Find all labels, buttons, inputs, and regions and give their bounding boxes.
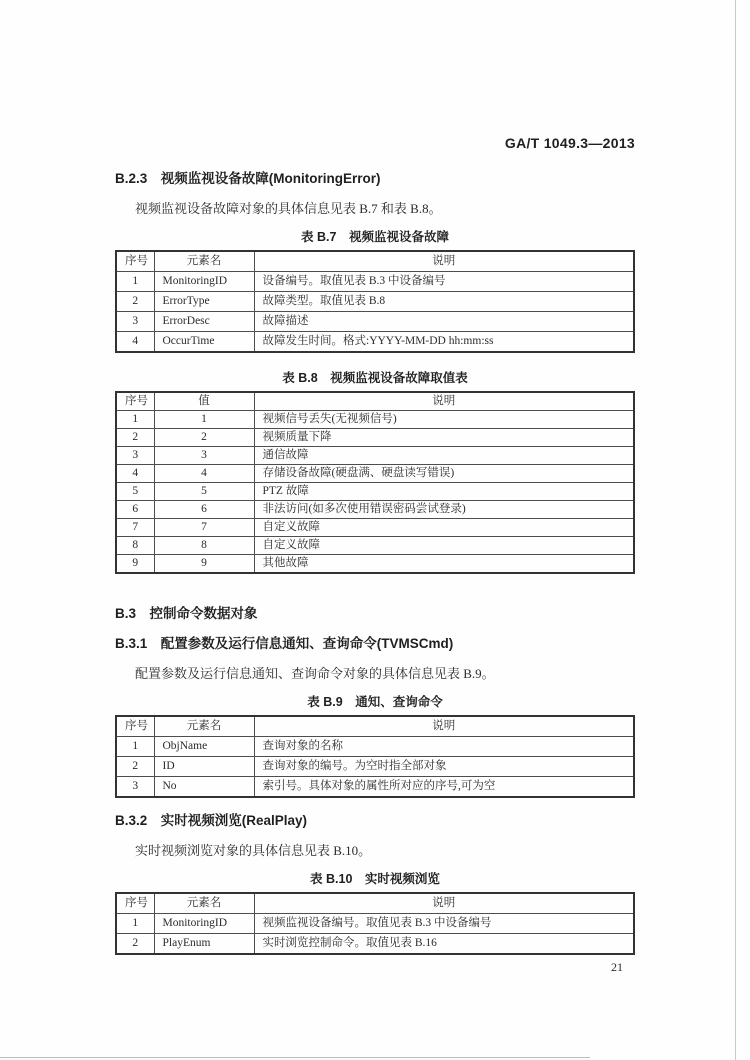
table-row: 4 OccurTime 故障发生时间。格式:YYYY-MM-DD hh:mm:s… (116, 332, 634, 353)
table-header-cell: 序号 (116, 716, 154, 737)
table-cell: 7 (116, 519, 154, 537)
table-row: 2 PlayEnum 实时浏览控制命令。取值见表 B.16 (116, 934, 634, 955)
table-caption-b8: 表 B.8 视频监视设备故障取值表 (115, 370, 635, 386)
table-row: 2 ID 查询对象的编号。为空时指全部对象 (116, 757, 634, 777)
section-intro-b31: 配置参数及运行信息通知、查询命令对象的具体信息见表 B.9。 (115, 666, 635, 682)
table-cell: 4 (116, 465, 154, 483)
table-cell: 5 (154, 483, 254, 501)
table-cell: 故障描述 (254, 312, 634, 332)
table-cell: 9 (116, 555, 154, 574)
table-cell: 4 (116, 332, 154, 353)
table-cell: 4 (154, 465, 254, 483)
table-row: 5 5 PTZ 故障 (116, 483, 634, 501)
section-intro-b23: 视频监视设备故障对象的具体信息见表 B.7 和表 B.8。 (115, 201, 635, 217)
table-cell: 其他故障 (254, 555, 634, 574)
table-cell: 自定义故障 (254, 519, 634, 537)
table-cell: 8 (154, 537, 254, 555)
table-cell: 1 (116, 272, 154, 292)
table-header-cell: 说明 (254, 893, 634, 914)
table-cell: 3 (154, 447, 254, 465)
table-cell: 2 (116, 934, 154, 955)
section-intro-b32: 实时视频浏览对象的具体信息见表 B.10。 (115, 843, 635, 859)
table-row: 8 8 自定义故障 (116, 537, 634, 555)
table-cell: 2 (116, 429, 154, 447)
table-cell: 查询对象的名称 (254, 737, 634, 757)
page-number: 21 (115, 960, 635, 975)
table-row: 3 ErrorDesc 故障描述 (116, 312, 634, 332)
table-header-cell: 说明 (254, 392, 634, 411)
table-cell: 设备编号。取值见表 B.3 中设备编号 (254, 272, 634, 292)
table-cell: PTZ 故障 (254, 483, 634, 501)
table-header-row: 序号 元素名 说明 (116, 893, 634, 914)
section-heading-b23: B.2.3 视频监视设备故障(MonitoringError) (115, 171, 635, 187)
table-b10: 序号 元素名 说明 1 MonitoringID 视频监视设备编号。取值见表 B… (115, 892, 635, 955)
table-header-cell: 说明 (254, 716, 634, 737)
table-caption-b10: 表 B.10 实时视频浏览 (115, 871, 635, 887)
table-header-cell: 元素名 (154, 251, 254, 272)
scan-edge-line (735, 0, 736, 1060)
table-cell: ErrorType (154, 292, 254, 312)
table-cell: 非法访问(如多次使用错误密码尝试登录) (254, 501, 634, 519)
table-header-cell: 序号 (116, 893, 154, 914)
table-header-row: 序号 元素名 说明 (116, 251, 634, 272)
table-cell: No (154, 777, 254, 798)
table-cell: 视频监视设备编号。取值见表 B.3 中设备编号 (254, 914, 634, 934)
table-cell: 3 (116, 447, 154, 465)
table-row: 7 7 自定义故障 (116, 519, 634, 537)
table-cell: 1 (116, 914, 154, 934)
table-cell: 查询对象的编号。为空时指全部对象 (254, 757, 634, 777)
table-caption-b7: 表 B.7 视频监视设备故障 (115, 229, 635, 245)
table-row: 9 9 其他故障 (116, 555, 634, 574)
table-header-cell: 值 (154, 392, 254, 411)
table-row: 1 MonitoringID 视频监视设备编号。取值见表 B.3 中设备编号 (116, 914, 634, 934)
table-row: 3 No 索引号。具体对象的属性所对应的序号,可为空 (116, 777, 634, 798)
table-cell: 自定义故障 (254, 537, 634, 555)
table-cell: ID (154, 757, 254, 777)
table-cell: 故障类型。取值见表 B.8 (254, 292, 634, 312)
section-heading-b3: B.3 控制命令数据对象 (115, 606, 635, 622)
table-row: 4 4 存储设备故障(硬盘满、硬盘读写错误) (116, 465, 634, 483)
table-header-cell: 序号 (116, 251, 154, 272)
table-cell: 2 (116, 757, 154, 777)
table-row: 3 3 通信故障 (116, 447, 634, 465)
table-cell: OccurTime (154, 332, 254, 353)
table-cell: 3 (116, 777, 154, 798)
table-header-cell: 序号 (116, 392, 154, 411)
table-row: 2 2 视频质量下降 (116, 429, 634, 447)
table-row: 6 6 非法访问(如多次使用错误密码尝试登录) (116, 501, 634, 519)
table-cell: 故障发生时间。格式:YYYY-MM-DD hh:mm:ss (254, 332, 634, 353)
table-cell: 实时浏览控制命令。取值见表 B.16 (254, 934, 634, 955)
section-heading-b31: B.3.1 配置参数及运行信息通知、查询命令(TVMSCmd) (115, 636, 635, 652)
table-cell: MonitoringID (154, 914, 254, 934)
table-cell: 7 (154, 519, 254, 537)
table-cell: 视频信号丢失(无视频信号) (254, 411, 634, 429)
table-cell: ErrorDesc (154, 312, 254, 332)
table-cell: 通信故障 (254, 447, 634, 465)
table-cell: 6 (116, 501, 154, 519)
table-row: 1 ObjName 查询对象的名称 (116, 737, 634, 757)
table-cell: ObjName (154, 737, 254, 757)
table-cell: MonitoringID (154, 272, 254, 292)
section-heading-b32: B.3.2 实时视频浏览(RealPlay) (115, 813, 635, 829)
table-b8: 序号 值 说明 1 1 视频信号丢失(无视频信号) 2 2 视频质量下降 3 (115, 391, 635, 574)
table-cell: 8 (116, 537, 154, 555)
table-cell: PlayEnum (154, 934, 254, 955)
doc-number: GA/T 1049.3—2013 (115, 135, 635, 151)
table-cell: 1 (154, 411, 254, 429)
table-header-row: 序号 元素名 说明 (116, 716, 634, 737)
table-b7: 序号 元素名 说明 1 MonitoringID 设备编号。取值见表 B.3 中… (115, 250, 635, 353)
table-cell: 索引号。具体对象的属性所对应的序号,可为空 (254, 777, 634, 798)
table-cell: 1 (116, 737, 154, 757)
table-header-cell: 元素名 (154, 716, 254, 737)
table-row: 2 ErrorType 故障类型。取值见表 B.8 (116, 292, 634, 312)
scan-edge-line (0, 1057, 590, 1058)
document-page: GA/T 1049.3—2013 B.2.3 视频监视设备故障(Monitori… (0, 0, 750, 1060)
table-row: 1 1 视频信号丢失(无视频信号) (116, 411, 634, 429)
table-cell: 1 (116, 411, 154, 429)
table-caption-b9: 表 B.9 通知、查询命令 (115, 694, 635, 710)
table-cell: 存储设备故障(硬盘满、硬盘读写错误) (254, 465, 634, 483)
table-row: 1 MonitoringID 设备编号。取值见表 B.3 中设备编号 (116, 272, 634, 292)
table-b9: 序号 元素名 说明 1 ObjName 查询对象的名称 2 ID 查询对象的编号… (115, 715, 635, 798)
table-cell: 2 (116, 292, 154, 312)
table-cell: 6 (154, 501, 254, 519)
table-header-cell: 说明 (254, 251, 634, 272)
table-cell: 视频质量下降 (254, 429, 634, 447)
table-cell: 3 (116, 312, 154, 332)
table-cell: 9 (154, 555, 254, 574)
table-header-cell: 元素名 (154, 893, 254, 914)
table-cell: 2 (154, 429, 254, 447)
page-content: GA/T 1049.3—2013 B.2.3 视频监视设备故障(Monitori… (115, 0, 635, 975)
table-cell: 5 (116, 483, 154, 501)
table-header-row: 序号 值 说明 (116, 392, 634, 411)
